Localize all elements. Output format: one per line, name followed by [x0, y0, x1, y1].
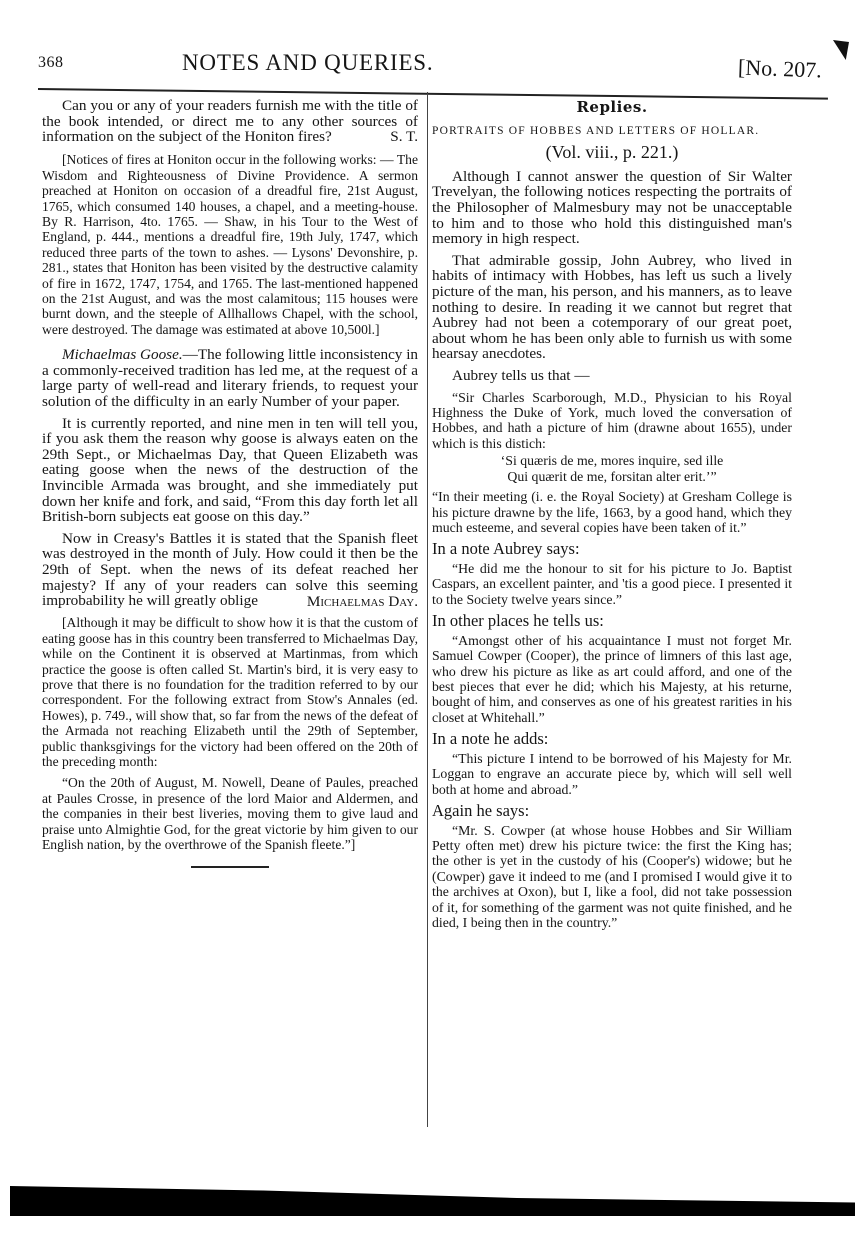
distich-line-2: Qui quærit de me, forsitan alter erit.’” — [432, 469, 792, 485]
scan-edge-shadow — [10, 1186, 855, 1216]
reply-paragraph-3: Aubrey tells us that — — [432, 368, 792, 384]
lead-note-aubrey: In a note Aubrey says: — [432, 541, 792, 557]
gresham-quote: “In their meeting (i. e. the Royal Socie… — [432, 489, 792, 535]
distich-line-1: ‘Si quæris de me, mores inquire, sed ill… — [432, 453, 792, 469]
michaelmas-query: Michaelmas Goose.—The following little i… — [42, 347, 418, 409]
article-title: Portraits of Hobbes and Letters of Holla… — [432, 124, 792, 140]
michaelmas-paragraph-2: It is currently reported, and nine men i… — [42, 416, 418, 525]
left-column: Can you or any of your readers furnish m… — [42, 98, 418, 868]
lead-again-says: Again he says: — [432, 803, 792, 819]
column-divider — [427, 92, 428, 1127]
loggan-quote: “This picture I intend to be borrowed of… — [432, 751, 792, 797]
caspars-quote: “He did me the honour to sit for his pic… — [432, 561, 792, 607]
page-corner-mark — [833, 40, 849, 60]
section-heading-replies: Replies. — [432, 100, 792, 116]
reply-paragraph-2: That admirable gossip, John Aubrey, who … — [432, 253, 792, 362]
latin-distich: ‘Si quæris de me, mores inquire, sed ill… — [432, 453, 792, 485]
editor-note-goose: [Although it may be difficult to show ho… — [42, 615, 418, 769]
editor-note-honiton: [Notices of fires at Honiton occur in th… — [42, 152, 418, 337]
scarborough-quote: “Sir Charles Scarborough, M.D., Physicia… — [432, 390, 792, 452]
cowper-quote: “Amongst other of his acquaintance I mus… — [432, 633, 792, 725]
stow-quote: “On the 20th of August, M. Nowell, Deane… — [42, 775, 418, 852]
page-number: 368 — [38, 54, 64, 72]
volume-reference: (Vol. viii., p. 221.) — [432, 145, 792, 161]
lead-other-places: In other places he tells us: — [432, 613, 792, 629]
journal-title: NOTES AND QUERIES. — [182, 50, 433, 76]
section-divider — [191, 866, 269, 868]
issue-number: [No. 207. — [738, 55, 823, 84]
michaelmas-title: Michaelmas Goose. — [62, 346, 183, 363]
petty-quote: “Mr. S. Cowper (at whose house Hobbes an… — [432, 823, 792, 931]
right-column: Replies. Portraits of Hobbes and Letters… — [432, 98, 792, 936]
lead-note-adds: In a note he adds: — [432, 731, 792, 747]
scanned-page: 368 NOTES AND QUERIES. [No. 207. Can you… — [0, 0, 855, 1257]
reply-paragraph-1: Although I cannot answer the question of… — [432, 169, 792, 247]
